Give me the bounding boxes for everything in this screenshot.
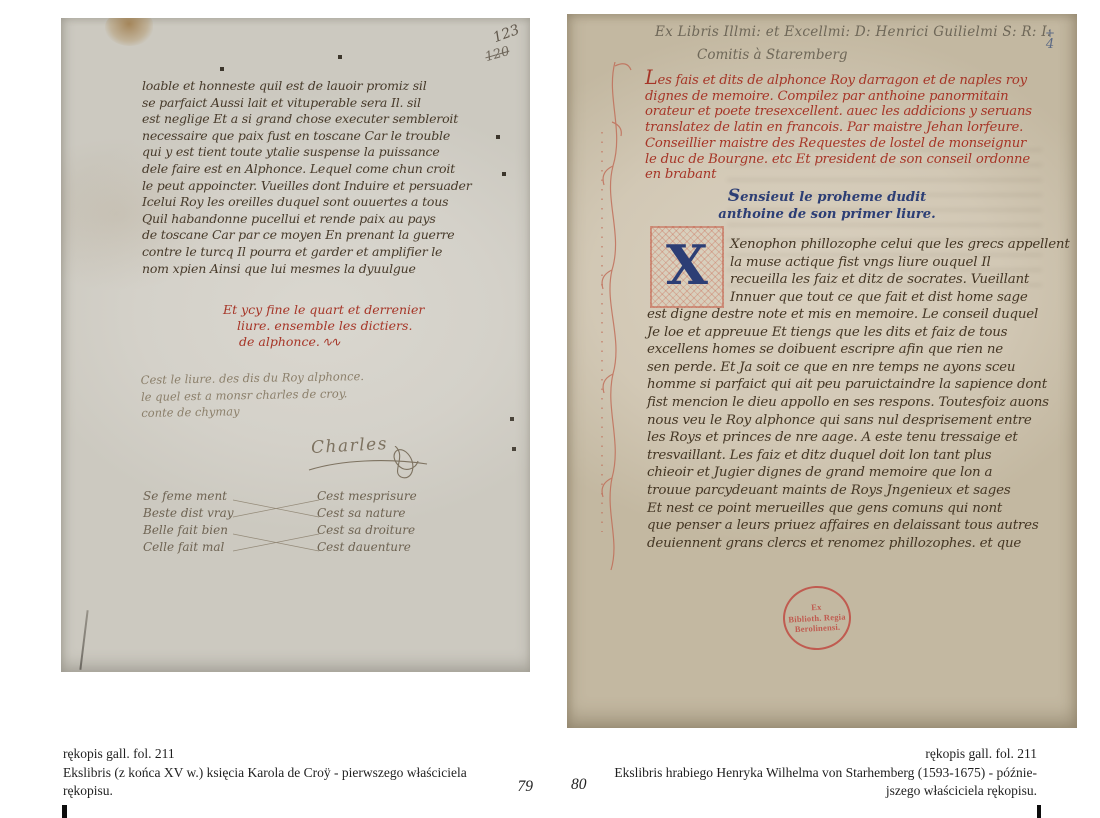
verse-line: Celle fait mal [143,539,234,556]
manuscript-line: dele faire est en Alphonce. Lequel come … [142,161,442,178]
manuscript-line: recueilla les faiz et ditz de socrates. … [730,271,1077,289]
manuscript-line: Icelui Roy les oreilles duquel sont ouue… [142,194,442,211]
colophon-line: liure. ensemble les dictiers. [237,318,424,334]
caption-folio-ref: rękopis gall. fol. 211 [63,745,493,764]
manuscript-line: deuiennent grans clercs et renomez phill… [647,535,1057,553]
manuscript-line: qui y est tient toute ytalie suspense la… [142,144,442,161]
manuscript-line: se parfaict Aussi lait et vituperable se… [142,95,442,112]
manuscript-line: homme si parfaict qui ait peu paruictain… [647,376,1057,394]
shelfmark-number: 4 [1045,39,1055,50]
verse-line: Se feme ment [143,488,234,505]
page-number-79: 79 [503,778,533,796]
folio-number: 123 [491,22,522,46]
ownership-note: Cest le liure. des dis du Roy alphonce.l… [141,368,365,421]
manuscript-line: Et nest ce point merueilles que gens com… [647,500,1057,518]
caption-text: jszego właściciela rękopisu. [547,782,1037,801]
rubric-line: translatez de latin en francois. Par mai… [645,120,1055,136]
body-text-full-width: est digne destre note et mis en memoire.… [647,306,1057,552]
verse-column-right: Cest mesprisureCest sa natureCest sa dro… [317,488,417,556]
rubric-line: Conseillier maistre des Requestes de los… [645,136,1055,152]
manuscript-line: nom xpien Ainsi que lui mesmes la dyuulg… [142,261,442,278]
manuscript-line: chieoir et Jugier dignes de grand memoir… [647,464,1057,482]
rubric-line: en brabant [645,167,1055,183]
page-number-80: 80 [571,776,587,794]
heading-line: Sensieut le proheme dudit [687,188,967,207]
verse-line: Cest dauenture [317,539,417,556]
caption-folio-ref: rękopis gall. fol. 211 [547,745,1037,764]
manuscript-line: excellens homes se doibuent escripre afi… [647,341,1057,359]
shelfmark: + 4 [1045,28,1055,50]
manuscript-line: sen perde. Et Ja soit ce que en nre temp… [647,359,1057,377]
caption-left: rękopis gall. fol. 211 Ekslibris (z końc… [63,745,493,801]
print-mark-right [1037,805,1041,818]
manuscript-line: la muse actique fist vngs liure ouquel I… [730,254,1077,272]
manuscript-line: contre le turcq Il pourra et garder et a… [142,244,442,261]
caption-text: Ekslibris hrabiego Henryka Wilhelma von … [547,764,1037,783]
parchment-crack [79,610,88,670]
exlibris-inscription: Ex Libris Illmi: et Excellmi: D: Henrici… [655,24,1052,40]
colophon-line: de alphonce. [239,334,424,350]
stamp-line: Berolinensi. [785,621,849,635]
manuscript-line: Quil habandonne pucellui et rende paix a… [142,211,442,228]
exlibris-inscription-line2: Comitis à Staremberg [697,47,848,63]
illuminated-initial: X [650,226,724,308]
verse-line: Cest sa droiture [317,522,417,539]
manuscript-line: que penser a leurs priuez affaires en de… [647,517,1057,535]
verse-line: Cest mesprisure [317,488,417,505]
manuscript-line: Je loe et appreuue Et tiengs que les dit… [647,324,1057,342]
manuscript-line: tresvaillant. Les faiz et ditz duquel do… [647,447,1057,465]
manuscript-line: le peut appoincter. Vueilles dont Induir… [142,178,442,195]
caption-text: rękopisu. [63,782,493,801]
manuscript-line: fist mencion le dieu appollo en ses resp… [647,394,1057,412]
penwork-border [597,62,633,572]
caption-right: rękopis gall. fol. 211 Ekslibris hrabieg… [547,745,1037,801]
manuscript-line: est digne destre note et mis en memoire.… [647,306,1057,324]
blue-heading: Sensieut le proheme duditanthoine de son… [687,188,967,223]
red-colophon: Et ycy fine le quart et derrenierliure. … [223,302,424,350]
rubric-line: Les fais et dits de alphonce Roy darrago… [645,70,1055,89]
library-stamp: Ex Biblioth. Regia Berolinensi. [781,584,852,651]
manuscript-line: nous veu le Roy alphonce qui sans nul de… [647,412,1057,430]
body-text-beside-initial: Xenophon phillozophe celui que les grecs… [730,236,1077,306]
verse-line: Belle fait bien [143,522,234,539]
manuscript-line: trouue parcydeuant maints de Roys Jngeni… [647,482,1057,500]
verse-column-left: Se feme mentBeste dist vrayBelle fait bi… [143,488,234,556]
rubric-line: le duc de Bourgne. etc Et president de s… [645,152,1055,168]
ink-dots [61,18,63,20]
manuscript-line: de toscane Car par ce moyen En prenant l… [142,227,442,244]
manuscript-line: Xenophon phillozophe celui que les grecs… [730,236,1077,254]
manuscript-photo-right: Ex Libris Illmi: et Excellmi: D: Henrici… [567,14,1077,728]
signature-flourish [307,446,437,486]
rubric-line: dignes de memoire. Compilez par anthoine… [645,89,1055,105]
print-mark-left [62,805,67,818]
manuscript-text-block: loable et honneste quil est de lauoir pr… [142,78,442,277]
ownership-note-line: conte de chymay [141,401,365,421]
rubric-line: orateur et poete tresexcellent. auec les… [645,104,1055,120]
colophon-line: Et ycy fine le quart et derrenier [223,302,424,318]
verse-line: Beste dist vray [143,505,234,522]
parchment-stain [105,18,153,46]
verse-line: Cest sa nature [317,505,417,522]
connector-lines [233,492,319,556]
manuscript-line: est neglige Et a si grand chose executer… [142,111,442,128]
manuscript-line: loable et honneste quil est de lauoir pr… [142,78,442,95]
heading-line: anthoine de son primer liure. [687,207,967,224]
manuscript-line: les Roys et princes de nre aage. A este … [647,429,1057,447]
manuscript-line: necessaire que paix fust en toscane Car … [142,128,442,145]
manuscript-photo-left: 123 120 loable et honneste quil est de l… [61,18,530,672]
folio-number-struck: 120 [483,44,511,65]
manuscript-line: Innuer que tout ce que fait et dist home… [730,289,1077,307]
red-rubric-title: Les fais et dits de alphonce Roy darrago… [645,70,1055,183]
caption-text: Ekslibris (z końca XV w.) księcia Karola… [63,764,493,783]
